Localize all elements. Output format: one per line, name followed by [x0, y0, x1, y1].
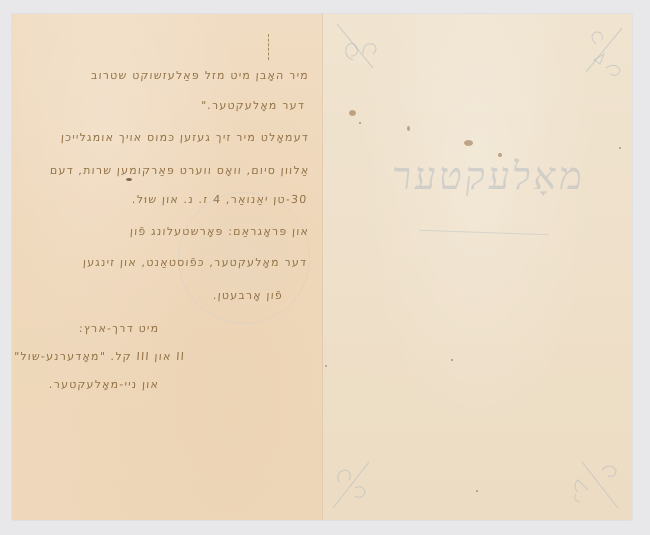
text-line: און ניי-מאָלעקטער.	[49, 378, 160, 391]
speck	[451, 359, 453, 361]
corner-ornament-icon	[329, 452, 389, 512]
speck	[619, 147, 621, 149]
text-line: דער מאָלעקטער, כּפֿוסטאַנט, און זינגען	[82, 256, 307, 269]
speck	[476, 490, 478, 492]
text-line: מיר האָבן מיט מזל פּאַלעזשוקט שטרוב	[91, 69, 310, 82]
text-line: אַלוון סיום, וואָס ווערט פּאַרקומען שרות…	[49, 164, 309, 177]
text-line: דעמאָלט מיר זיך געזען כּמוס אויך אומגליי…	[61, 131, 310, 144]
left-page: מיר האָבן מיט מזל פּאַלעזשוקט שטרוב דער …	[12, 14, 323, 520]
speck	[359, 122, 361, 124]
right-page: מאָלעקטער	[323, 14, 632, 520]
margin-mark	[268, 34, 270, 60]
corner-ornament-icon	[333, 20, 393, 80]
text-line: דער מאָלעקטער."	[201, 99, 306, 112]
corner-ornament-icon	[566, 24, 626, 84]
corner-ornament-icon	[562, 452, 622, 512]
ink-blot	[126, 178, 132, 181]
letter-sheet: מיר האָבן מיט מזל פּאַלעזשוקט שטרוב דער …	[12, 14, 632, 520]
text-line: פֿון אָרבעטן.	[213, 289, 284, 302]
pencil-underline	[419, 230, 549, 236]
stain	[407, 126, 410, 131]
speck	[325, 365, 327, 367]
pencil-title: מאָלעקטער	[391, 154, 588, 199]
stain	[464, 140, 473, 146]
stain	[349, 110, 356, 116]
text-line: מיט דרך-ארץ:	[78, 322, 159, 335]
stain	[498, 153, 502, 157]
text-line: און פּראָגראַם: פּאָרשטעלונג פֿון	[129, 225, 309, 238]
text-line: 30-טן יאַנואַר, 4 ז. נ. און שוּל.	[131, 193, 307, 206]
text-line: II און III קל. "מאָדערנע-שול"	[13, 350, 185, 363]
